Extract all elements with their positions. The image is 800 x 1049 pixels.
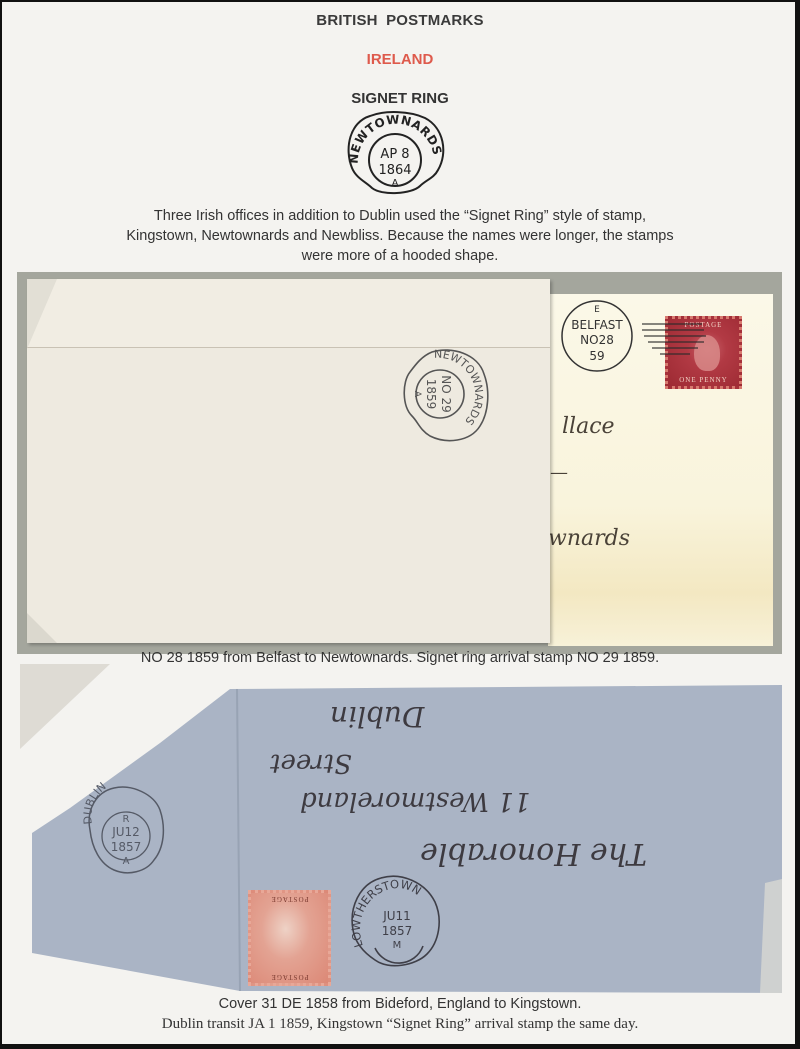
address-fragment: 11 Westmoreland [300,786,530,816]
stamp-bottom-text: POSTAGE [251,973,328,981]
belfast-postmark-icon: E BELFAST NO28 59 [557,298,637,374]
lowtherstown-postmark-icon: LOWTHERSTOWN JU11 1857 M [345,868,445,978]
dublin-transit-postmark-icon: DUBLIN R JU12 1857 A [80,780,170,880]
cover1-caption: NO 28 1859 from Belfast to Newtownards. … [0,650,800,666]
svg-text:M: M [393,940,402,951]
postmark-date: AP 8 [380,147,409,162]
svg-text:E: E [594,305,600,315]
svg-text:NO 29: NO 29 [439,375,453,413]
svg-text:1857: 1857 [111,840,142,854]
svg-text:59: 59 [589,349,604,363]
intro-text: Three Irish offices in addition to Dubli… [100,206,700,266]
intro-line: Kingstown, Newtownards and Newbliss. Bec… [100,226,700,246]
address-fragment: llace [562,414,615,439]
svg-text:BELFAST: BELFAST [571,318,623,332]
address-fragment: wnards [548,526,630,551]
svg-text:1859: 1859 [424,379,438,410]
address-fragment: — [550,462,568,483]
postmark-year: 1864 [378,163,411,178]
svg-text:JU12: JU12 [111,825,140,839]
duplex-cancel-icon [640,318,710,358]
cover2-caption-line1: Cover 31 DE 1858 from Bideford, England … [0,996,800,1012]
envelope-flap [27,279,550,348]
postmark-code: A [392,178,399,189]
region-heading: IRELAND [0,51,800,68]
newtownards-arrival-postmark-icon: NEWTOWNARDS NO 29 1859 A [392,340,492,445]
svg-text:NO28: NO28 [580,333,614,347]
svg-text:A: A [123,856,130,867]
penny-red-stamp-inverted: POSTAGE POSTAGE [248,890,331,986]
cover2-caption-line2: Dublin transit JA 1 1859, Kingstown “Sig… [0,1016,800,1033]
address-fragment: Dublin [330,700,424,733]
address-fragment: Street [270,748,352,778]
svg-text:1857: 1857 [382,924,413,938]
svg-text:DUBLIN: DUBLIN [81,780,109,825]
mount-corner [27,279,57,349]
intro-line: Three Irish offices in addition to Dubli… [100,206,700,226]
intro-line: were more of a hooded shape. [100,246,700,266]
stamp-bottom-text: ONE PENNY [668,376,739,384]
svg-text:R: R [123,814,130,825]
section-heading: SIGNET RING [0,90,800,107]
page-title: BRITISH POSTMARKS [0,12,800,29]
cover1-back [27,279,550,643]
newtownards-signet-postmark-icon: NEWTOWNARDS AP 8 1864 A [340,108,450,198]
mount-corner [27,613,57,643]
svg-text:JU11: JU11 [382,909,411,923]
svg-text:A: A [412,391,422,398]
stamp-top-text: POSTAGE [251,895,328,903]
address-fragment: The Honorable [420,836,647,871]
